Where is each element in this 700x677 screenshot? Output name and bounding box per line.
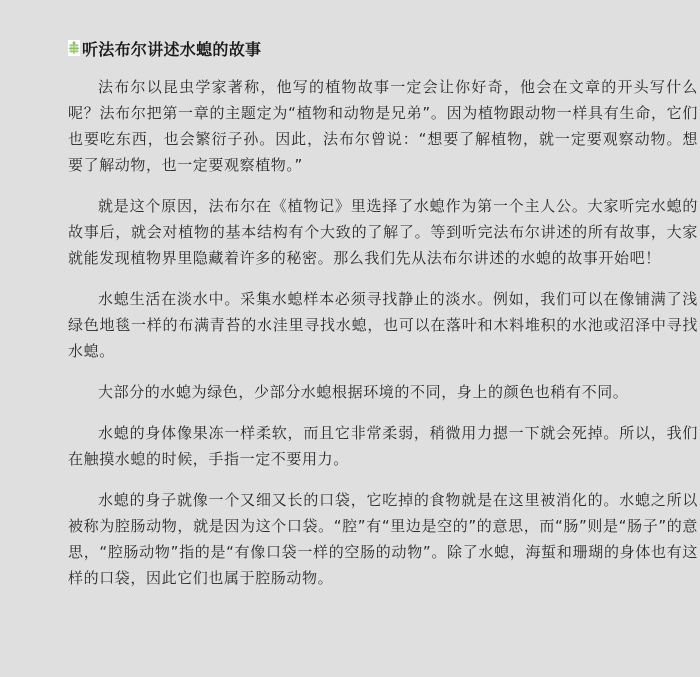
paragraph: 法布尔以昆虫学家著称，他写的植物故事一定会让你好奇，他会在文章的开头写什么呢？法… xyxy=(68,74,698,178)
paragraph: 水螅生活在淡水中。采集水螅样本必须寻找静止的淡水。例如，我们可以在像铺满了浅绿色… xyxy=(68,286,698,364)
article-header: 听法布尔讲述水螅的故事 xyxy=(68,36,630,60)
article-title: 听法布尔讲述水螅的故事 xyxy=(82,37,261,60)
article-body: 法布尔以昆虫学家著称，他写的植物故事一定会让你好奇，他会在文章的开头写什么呢？法… xyxy=(68,74,630,591)
paragraph: 大部分的水螅为绿色，少部分水螅根据环境的不同，身上的颜色也稍有不同。 xyxy=(68,379,698,405)
paragraph: 水螅的身体像果冻一样柔软，而且它非常柔弱，稍微用力摁一下就会死掉。所以，我们在触… xyxy=(68,420,698,472)
leaf-sprout-icon xyxy=(68,40,80,56)
paragraph: 水螅的身子就像一个又细又长的口袋，它吃掉的食物就是在这里被消化的。水螅之所以被称… xyxy=(68,487,698,591)
paragraph: 就是这个原因，法布尔在《植物记》里选择了水螅作为第一个主人公。大家听完水螅的故事… xyxy=(68,193,698,271)
document-page: 听法布尔讲述水螅的故事 法布尔以昆虫学家著称，他写的植物故事一定会让你好奇，他会… xyxy=(0,0,630,591)
